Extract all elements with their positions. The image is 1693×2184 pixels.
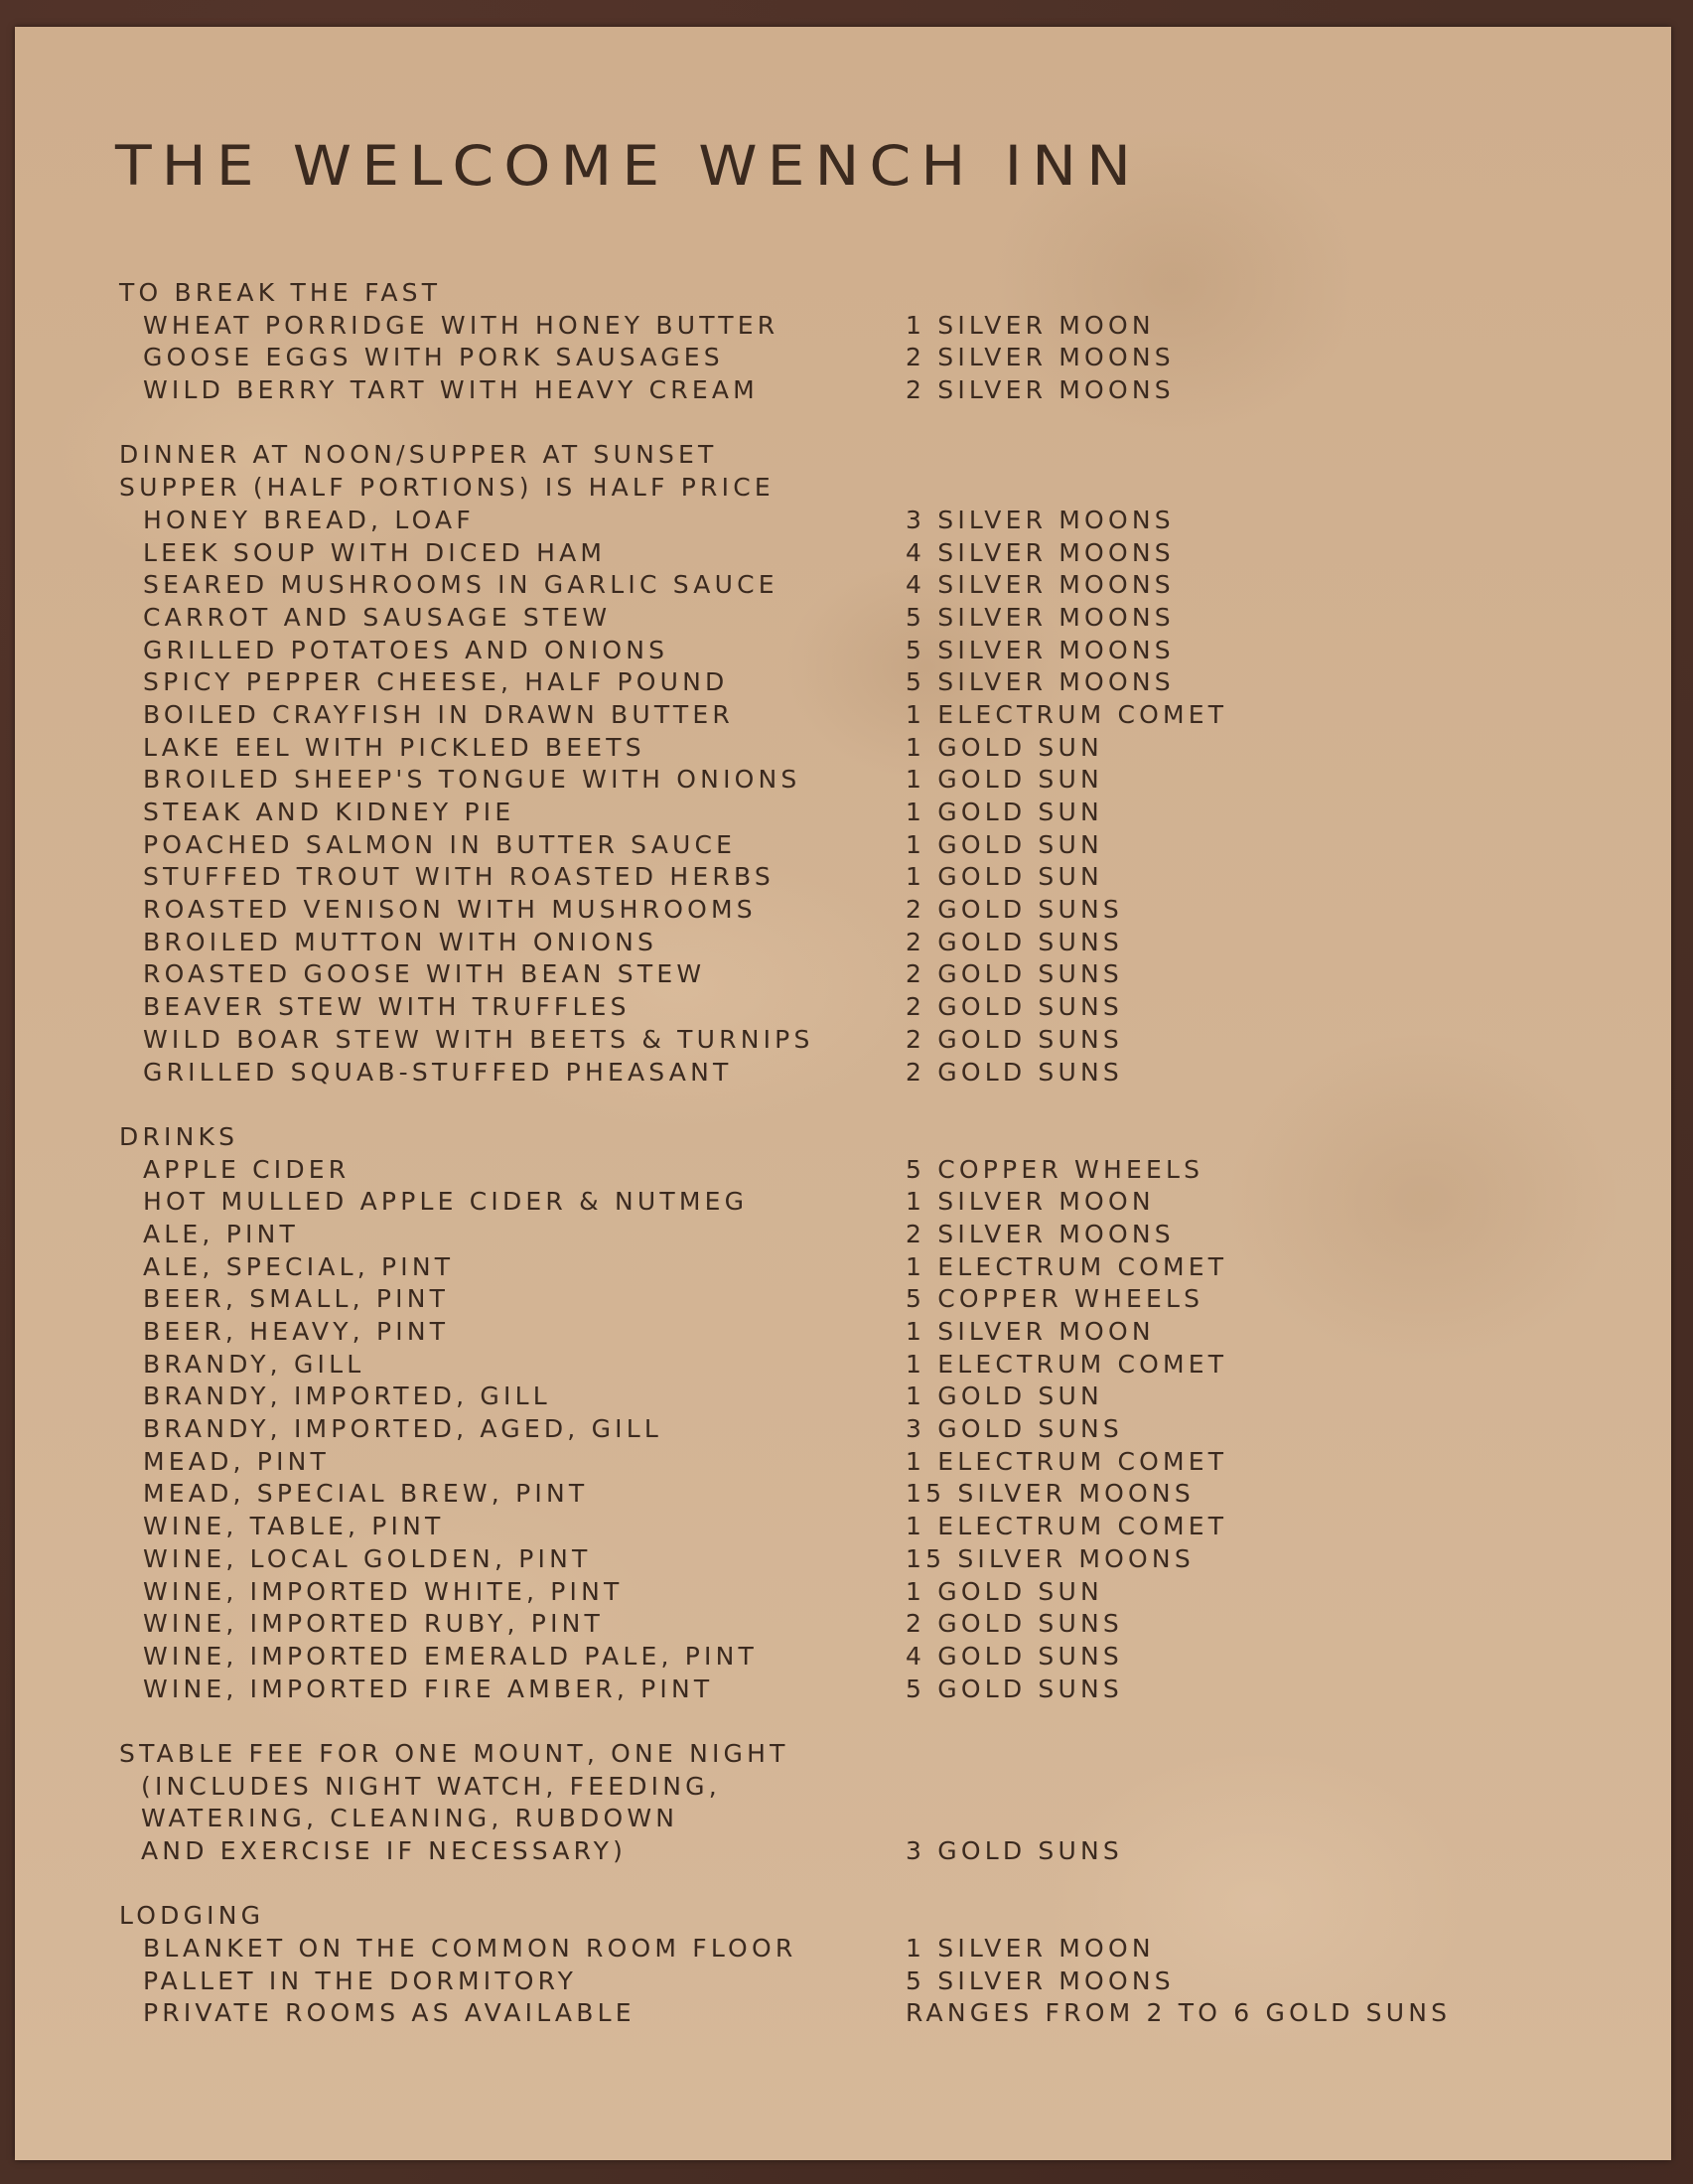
- menu-item-price: 5 silver moons: [906, 666, 1175, 699]
- menu-item-price: 4 silver moons: [906, 569, 1175, 602]
- menu-item-name: Brandy, imported, aged, gill: [119, 1413, 906, 1446]
- menu-item: Brandy, gill1 electrum comet: [119, 1349, 1609, 1382]
- item-list: Apple cider5 copper wheelsHot mulled app…: [119, 1154, 1609, 1706]
- menu-item-price: 1 electrum comet: [906, 1251, 1227, 1284]
- section-breakfast: To Break the Fast Wheat porridge with ho…: [119, 277, 1609, 407]
- menu-item-price: 1 electrum comet: [906, 1446, 1227, 1479]
- menu-item-name: Mead, special brew, pint: [119, 1478, 906, 1511]
- menu-item-price: 1 gold sun: [906, 1381, 1103, 1413]
- menu-item: Seared mushrooms in garlic sauce4 silver…: [119, 569, 1609, 602]
- menu-body: To Break the Fast Wheat porridge with ho…: [119, 277, 1609, 2063]
- menu-item: Mead, special brew, pint15 silver moons: [119, 1478, 1609, 1511]
- menu-item: Mead, pint1 electrum comet: [119, 1446, 1609, 1479]
- menu-item-price: 1 gold sun: [906, 1576, 1103, 1609]
- menu-item-name: Hot mulled apple cider & nutmeg: [119, 1186, 906, 1219]
- menu-item-name: Carrot and sausage stew: [119, 602, 906, 635]
- menu-item: Hot mulled apple cider & nutmeg1 silver …: [119, 1186, 1609, 1219]
- menu-item: Spicy pepper cheese, half pound5 silver …: [119, 666, 1609, 699]
- inn-title: The Welcome Wench Inn: [115, 130, 1141, 204]
- menu-item-price: 1 gold sun: [906, 861, 1103, 894]
- menu-item-name: Seared mushrooms in garlic sauce: [119, 569, 906, 602]
- menu-item-name: Beer, small, pint: [119, 1283, 906, 1316]
- menu-item-name: Broiled mutton with onions: [119, 927, 906, 959]
- stable-detail-line: (includes night watch, feeding,: [119, 1771, 1609, 1804]
- menu-item-name: Private rooms as available: [119, 1997, 906, 2030]
- menu-parchment: The Welcome Wench Inn To Break the Fast …: [15, 27, 1671, 2160]
- menu-item-price: 1 gold sun: [906, 764, 1103, 797]
- menu-item: Grilled potatoes and onions5 silver moon…: [119, 635, 1609, 667]
- section-heading: Drinks: [119, 1121, 1609, 1154]
- menu-item-name: Grilled potatoes and onions: [119, 635, 906, 667]
- menu-item-price: 1 electrum comet: [906, 1349, 1227, 1382]
- item-list: Wheat porridge with honey butter1 silver…: [119, 310, 1609, 407]
- menu-item-price: 1 gold sun: [906, 829, 1103, 862]
- menu-item-price: 3 gold suns: [906, 1413, 1123, 1446]
- menu-item-name: Lake eel with pickled beets: [119, 732, 906, 765]
- menu-item-name: Roasted goose with bean stew: [119, 958, 906, 991]
- menu-item: Wine, imported white, pint1 gold sun: [119, 1576, 1609, 1609]
- item-list: Honey bread, loaf3 silver moonsLeek soup…: [119, 505, 1609, 1089]
- menu-item-price: 3 silver moons: [906, 505, 1175, 537]
- menu-item-name: Wild boar stew with beets & turnips: [119, 1024, 906, 1057]
- menu-item: Blanket on the common room floor1 silver…: [119, 1933, 1609, 1966]
- menu-item-price: 2 gold suns: [906, 927, 1123, 959]
- menu-item: Roasted venison with mushrooms2 gold sun…: [119, 894, 1609, 927]
- menu-item: Goose eggs with pork sausages2 silver mo…: [119, 342, 1609, 374]
- menu-item: Ale, pint2 silver moons: [119, 1219, 1609, 1251]
- section-heading: Dinner at noon/Supper at sunset: [119, 439, 1609, 472]
- section-heading: To Break the Fast: [119, 277, 1609, 310]
- menu-item-name: Broiled sheep's tongue with onions: [119, 764, 906, 797]
- menu-item-price: 1 gold sun: [906, 732, 1103, 765]
- menu-item-name: Poached salmon in butter sauce: [119, 829, 906, 862]
- menu-item-price: 5 copper wheels: [906, 1154, 1203, 1187]
- menu-item-name: Mead, pint: [119, 1446, 906, 1479]
- menu-item: Wild boar stew with beets & turnips2 gol…: [119, 1024, 1609, 1057]
- menu-item-name: Beaver stew with truffles: [119, 991, 906, 1024]
- menu-item-price: 2 gold suns: [906, 1057, 1123, 1090]
- stable-detail-line: watering, cleaning, rubdown: [119, 1803, 1609, 1835]
- menu-item-name: Apple cider: [119, 1154, 906, 1187]
- menu-item-name: Wine, table, pint: [119, 1511, 906, 1543]
- menu-item-price: 5 silver moons: [906, 635, 1175, 667]
- menu-item-price: 2 silver moons: [906, 374, 1175, 407]
- menu-item-name: Ale, special, pint: [119, 1251, 906, 1284]
- menu-item: Wine, imported emerald pale, pint4 gold …: [119, 1641, 1609, 1674]
- menu-item-name: Grilled squab-stuffed pheasant: [119, 1057, 906, 1090]
- menu-item-name: Roasted venison with mushrooms: [119, 894, 906, 927]
- menu-item: Steak and kidney pie1 gold sun: [119, 797, 1609, 829]
- section-lodging: Lodging Blanket on the common room floor…: [119, 1900, 1609, 2030]
- menu-item: Lake eel with pickled beets1 gold sun: [119, 732, 1609, 765]
- menu-item-price: 2 silver moons: [906, 342, 1175, 374]
- menu-item: Stuffed trout with roasted herbs1 gold s…: [119, 861, 1609, 894]
- item-list: Blanket on the common room floor1 silver…: [119, 1933, 1609, 2030]
- menu-item-price: 1 electrum comet: [906, 1511, 1227, 1543]
- section-heading: Stable fee for one mount, one night: [119, 1738, 1609, 1771]
- menu-item-name: Wild berry tart with heavy cream: [119, 374, 906, 407]
- menu-item: Beaver stew with truffles2 gold suns: [119, 991, 1609, 1024]
- menu-item: Wine, imported ruby, pint2 gold suns: [119, 1608, 1609, 1641]
- menu-item-price: 15 silver moons: [906, 1543, 1195, 1576]
- menu-item-name: Ale, pint: [119, 1219, 906, 1251]
- section-stable: Stable fee for one mount, one night (inc…: [119, 1738, 1609, 1868]
- stable-price: 3 gold suns: [906, 1835, 1123, 1868]
- menu-item-price: 5 gold suns: [906, 1674, 1123, 1706]
- menu-item-name: Goose eggs with pork sausages: [119, 342, 906, 374]
- menu-item: Grilled squab-stuffed pheasant2 gold sun…: [119, 1057, 1609, 1090]
- menu-item-price: 4 gold suns: [906, 1641, 1123, 1674]
- menu-item: Leek soup with diced ham4 silver moons: [119, 537, 1609, 570]
- menu-item-price: 2 silver moons: [906, 1219, 1175, 1251]
- menu-item-name: Spicy pepper cheese, half pound: [119, 666, 906, 699]
- menu-item: Broiled mutton with onions2 gold suns: [119, 927, 1609, 959]
- menu-item-price: 1 silver moon: [906, 310, 1155, 343]
- menu-item: Wine, table, pint1 electrum comet: [119, 1511, 1609, 1543]
- menu-item: Wine, local golden, pint15 silver moons: [119, 1543, 1609, 1576]
- section-note: Supper (half portions) is half price: [119, 472, 1609, 505]
- menu-item: Poached salmon in butter sauce1 gold sun: [119, 829, 1609, 862]
- section-heading: Lodging: [119, 1900, 1609, 1933]
- menu-item-price: 1 silver moon: [906, 1186, 1155, 1219]
- section-drinks: Drinks Apple cider5 copper wheelsHot mul…: [119, 1121, 1609, 1705]
- menu-item: Wild berry tart with heavy cream2 silver…: [119, 374, 1609, 407]
- menu-item-price: 4 silver moons: [906, 537, 1175, 570]
- menu-item: Brandy, imported, aged, gill3 gold suns: [119, 1413, 1609, 1446]
- menu-item-price: 1 electrum comet: [906, 699, 1227, 732]
- menu-item-price: 2 gold suns: [906, 894, 1123, 927]
- stable-detail-line: and exercise if necessary) 3 gold suns: [119, 1835, 1609, 1868]
- menu-item-name: Stuffed trout with roasted herbs: [119, 861, 906, 894]
- menu-item: Boiled crayfish in drawn butter1 electru…: [119, 699, 1609, 732]
- menu-item: Brandy, imported, gill1 gold sun: [119, 1381, 1609, 1413]
- menu-item: Wine, imported fire amber, pint5 gold su…: [119, 1674, 1609, 1706]
- menu-item-price: 1 silver moon: [906, 1316, 1155, 1349]
- menu-item-name: Wheat porridge with honey butter: [119, 310, 906, 343]
- menu-item: Beer, small, pint5 copper wheels: [119, 1283, 1609, 1316]
- menu-item: Wheat porridge with honey butter1 silver…: [119, 310, 1609, 343]
- menu-item: Roasted goose with bean stew2 gold suns: [119, 958, 1609, 991]
- menu-item-price: Ranges from 2 to 6 gold suns: [906, 1997, 1451, 2030]
- menu-item-name: Leek soup with diced ham: [119, 537, 906, 570]
- menu-item: Honey bread, loaf3 silver moons: [119, 505, 1609, 537]
- section-dinner: Dinner at noon/Supper at sunset Supper (…: [119, 439, 1609, 1089]
- menu-item-price: 5 silver moons: [906, 602, 1175, 635]
- menu-item-price: 15 silver moons: [906, 1478, 1195, 1511]
- menu-item-price: 2 gold suns: [906, 991, 1123, 1024]
- menu-item-name: Brandy, imported, gill: [119, 1381, 906, 1413]
- menu-item-name: Boiled crayfish in drawn butter: [119, 699, 906, 732]
- menu-item-name: Brandy, gill: [119, 1349, 906, 1382]
- menu-item-price: 5 copper wheels: [906, 1283, 1203, 1316]
- menu-item-name: Steak and kidney pie: [119, 797, 906, 829]
- menu-item-name: Wine, imported fire amber, pint: [119, 1674, 906, 1706]
- menu-item-price: 2 gold suns: [906, 1608, 1123, 1641]
- menu-item-price: 1 silver moon: [906, 1933, 1155, 1966]
- menu-item-name: Pallet in the dormitory: [119, 1966, 906, 1998]
- menu-item: Apple cider5 copper wheels: [119, 1154, 1609, 1187]
- menu-item-price: 1 gold sun: [906, 797, 1103, 829]
- menu-item-price: 2 gold suns: [906, 958, 1123, 991]
- menu-item: Beer, heavy, pint1 silver moon: [119, 1316, 1609, 1349]
- menu-item: Carrot and sausage stew5 silver moons: [119, 602, 1609, 635]
- menu-item-name: Wine, imported ruby, pint: [119, 1608, 906, 1641]
- menu-item-price: 2 gold suns: [906, 1024, 1123, 1057]
- menu-item-name: Blanket on the common room floor: [119, 1933, 906, 1966]
- menu-item: Broiled sheep's tongue with onions1 gold…: [119, 764, 1609, 797]
- menu-item-name: Beer, heavy, pint: [119, 1316, 906, 1349]
- menu-item-name: Wine, local golden, pint: [119, 1543, 906, 1576]
- menu-item: Private rooms as availableRanges from 2 …: [119, 1997, 1609, 2030]
- menu-item: Ale, special, pint1 electrum comet: [119, 1251, 1609, 1284]
- menu-item: Pallet in the dormitory5 silver moons: [119, 1966, 1609, 1998]
- menu-item-name: Wine, imported white, pint: [119, 1576, 906, 1609]
- menu-item-name: Wine, imported emerald pale, pint: [119, 1641, 906, 1674]
- menu-item-price: 5 silver moons: [906, 1966, 1175, 1998]
- menu-item-name: Honey bread, loaf: [119, 505, 906, 537]
